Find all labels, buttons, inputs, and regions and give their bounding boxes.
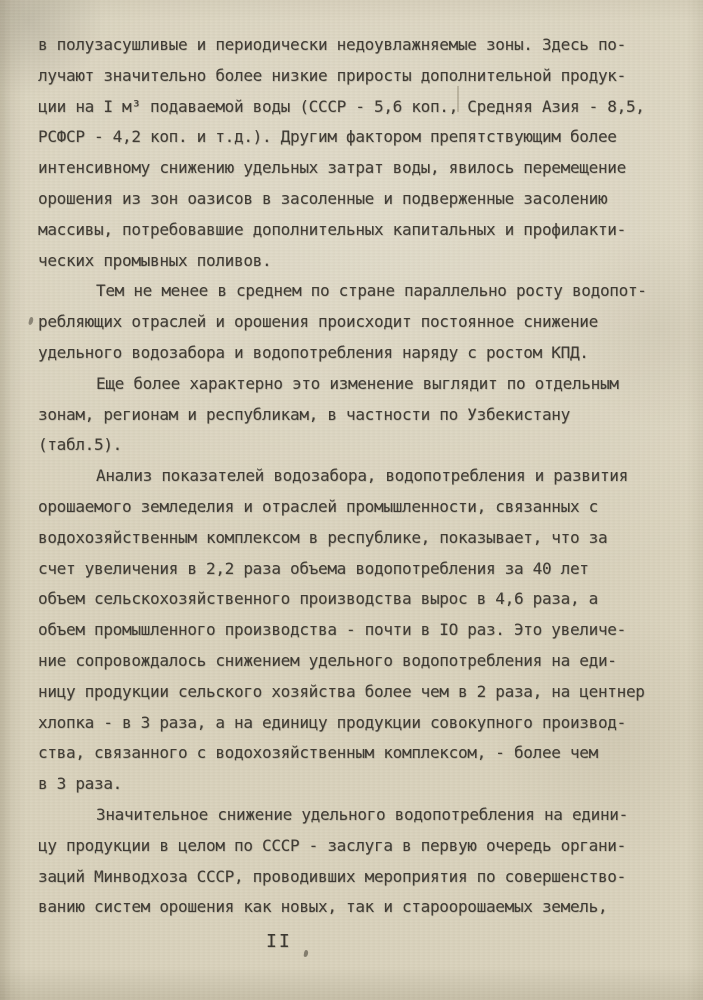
text-line: объем промышленного производства - почти…: [38, 615, 686, 646]
text-line: Тем не менее в среднем по стране паралле…: [38, 276, 686, 307]
text-line: Значительное снижение удельного водопотр…: [38, 800, 686, 831]
page-number: II: [266, 931, 292, 952]
text-line: счет увеличения в 2,2 раза объема водопо…: [38, 554, 686, 585]
text-line: удельного водозабора и водопотребления н…: [38, 338, 686, 369]
ink-speck: [303, 950, 308, 958]
text-line: в 3 раза.: [38, 769, 686, 800]
text-line: орошаемого земледелия и отраслей промышл…: [38, 492, 686, 523]
text-line: ства, связанного с водохозяйственным ком…: [38, 738, 686, 769]
text-line: заций Минводхоза СССР, проводивших мероп…: [38, 862, 686, 893]
text-line: Анализ показателей водозабора, водопотре…: [38, 461, 686, 492]
text-line: ванию систем орошения как новых, так и с…: [38, 892, 686, 923]
text-line: интенсивному снижению удельных затрат во…: [38, 153, 686, 184]
document-text: в полузасушливые и периодически недоувла…: [38, 30, 686, 923]
text-line: водохозяйственным комплексом в республик…: [38, 523, 686, 554]
text-line: ции на I м³ подаваемой воды (СССР - 5,6 …: [38, 92, 686, 123]
text-line: массивы, потребовавшие дополнительных ка…: [38, 215, 686, 246]
text-line: объем сельскохозяйственного производства…: [38, 584, 686, 615]
document-page: в полузасушливые и периодически недоувла…: [0, 0, 703, 1000]
text-line: хлопка - в 3 раза, а на единицу продукци…: [38, 708, 686, 739]
text-line: ние сопровождалось снижением удельного в…: [38, 646, 686, 677]
text-line: ческих промывных поливов.: [38, 246, 686, 277]
text-line: Еще более характерно это изменение выгля…: [38, 369, 686, 400]
text-line: орошения из зон оазисов в засоленные и п…: [38, 184, 686, 215]
text-line: лучают значительно более низкие приросты…: [38, 61, 686, 92]
ink-speck: [28, 317, 34, 326]
text-line: цу продукции в целом по СССР - заслуга в…: [38, 831, 686, 862]
text-line: ребляющих отраслей и орошения происходит…: [38, 307, 686, 338]
text-line: зонам, регионам и республикам, в частнос…: [38, 400, 686, 431]
text-line: ницу продукции сельского хозяйства более…: [38, 677, 686, 708]
text-line: в полузасушливые и периодически недоувла…: [38, 30, 686, 61]
text-line: РСФСР - 4,2 коп. и т.д.). Другим факторо…: [38, 122, 686, 153]
text-line: (табл.5).: [38, 430, 686, 461]
